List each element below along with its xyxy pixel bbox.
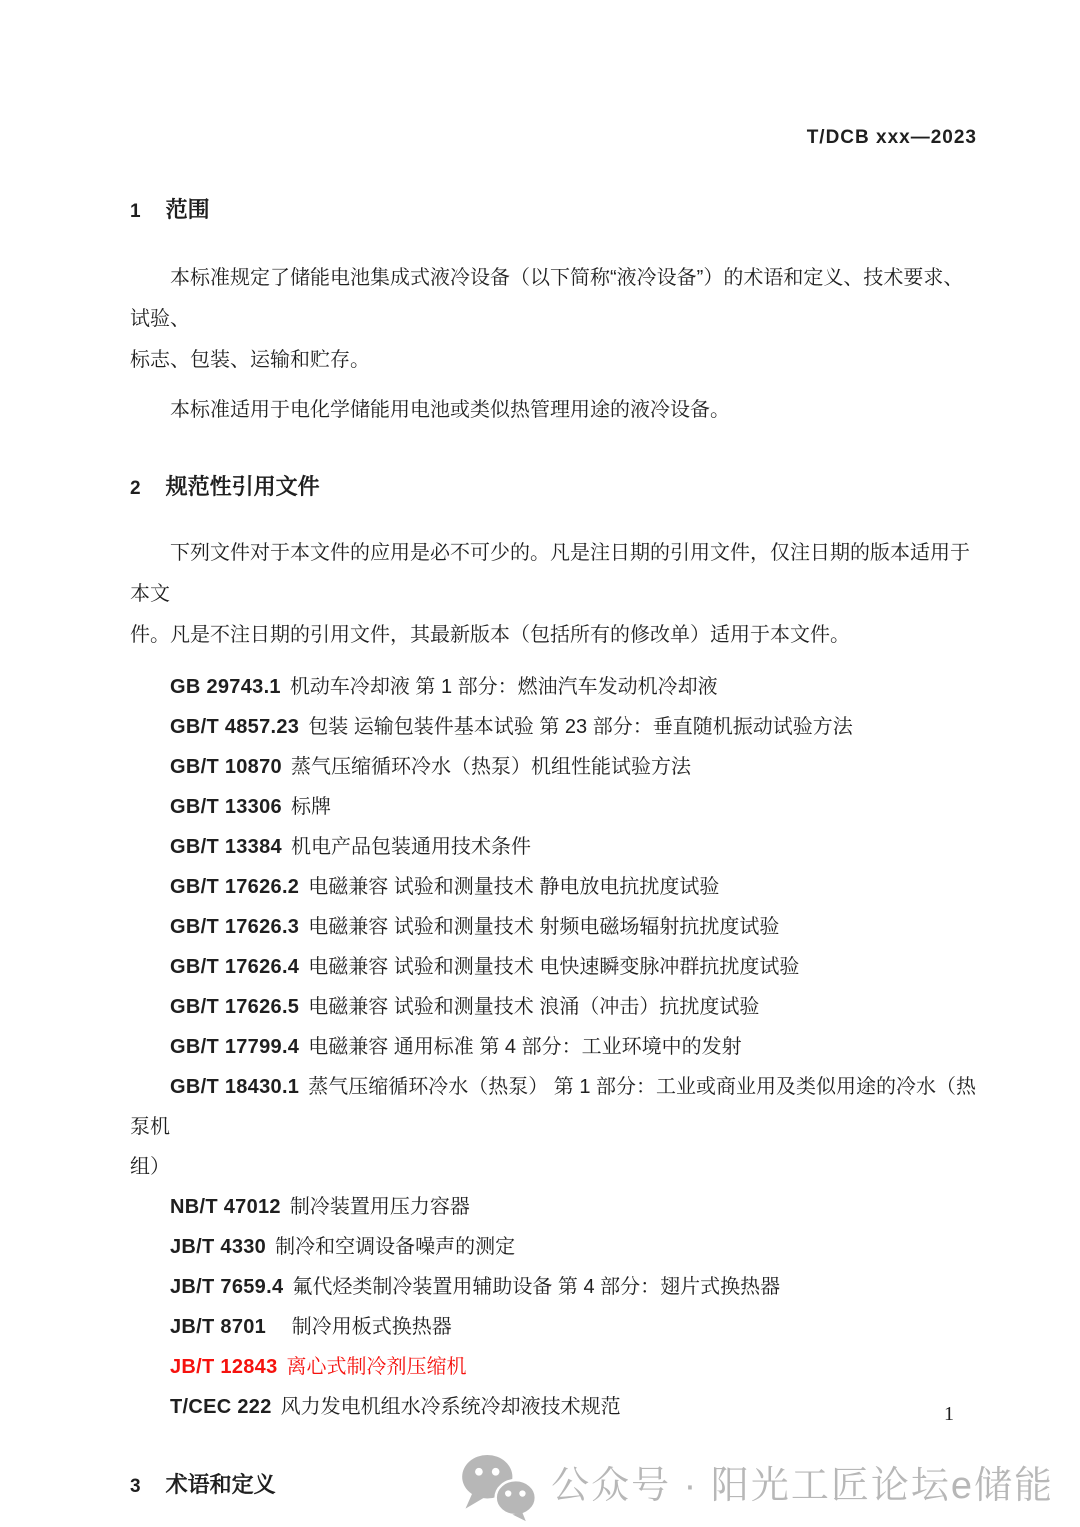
- paragraph: 本标准适用于电化学储能用电池或类似热管理用途的液冷设备。: [130, 390, 980, 431]
- reference-code: T/CEC 222: [170, 1396, 272, 1418]
- reference-code: GB/T 13306: [170, 796, 282, 818]
- reference-title: 电磁兼容 试验和测量技术 浪涌（冲击）抗扰度试验: [308, 996, 759, 1018]
- page-number: 1: [944, 1402, 954, 1426]
- reference-title: 包装 运输包装件基本试验 第 23 部分：垂直随机振动试验方法: [308, 716, 852, 738]
- reference-item: GB/T 13384机电产品包装通用技术条件: [130, 827, 990, 867]
- section-heading-scope: 1范围: [130, 196, 1080, 225]
- paragraph-line: 本标准规定了储能电池集成式液冷设备（以下简称“液冷设备”）的术语和定义、技术要求…: [130, 258, 980, 340]
- reference-title: 制冷装置用压力容器: [290, 1196, 470, 1218]
- reference-item: GB/T 4857.23包装 运输包装件基本试验 第 23 部分：垂直随机振动试…: [130, 707, 990, 747]
- reference-code: JB/T 8701: [170, 1316, 266, 1338]
- reference-code: GB/T 17626.5: [170, 996, 299, 1018]
- reference-title: 风力发电机组水冷系统冷却液技术规范: [281, 1396, 621, 1418]
- reference-item: NB/T 47012制冷装置用压力容器: [130, 1187, 990, 1227]
- paragraph-line: 件。凡是不注日期的引用文件，其最新版本（包括所有的修改单）适用于本文件。: [130, 615, 980, 656]
- section-title: 范围: [166, 197, 210, 222]
- reference-title: 制冷用板式换热器: [275, 1316, 452, 1338]
- reference-item: GB/T 18430.1蒸气压缩循环冷水（热泵） 第 1 部分：工业或商业用及类…: [130, 1067, 990, 1187]
- reference-code: GB/T 13384: [170, 836, 282, 858]
- reference-code: JB/T 12843: [170, 1356, 278, 1378]
- reference-title: 电磁兼容 试验和测量技术 静电放电抗扰度试验: [308, 876, 719, 898]
- reference-code: GB/T 17799.4: [170, 1036, 299, 1058]
- reference-item: GB/T 17626.5电磁兼容 试验和测量技术 浪涌（冲击）抗扰度试验: [130, 987, 990, 1027]
- section-heading-normative-references: 2规范性引用文件: [130, 473, 1080, 502]
- paragraph: 本标准规定了储能电池集成式液冷设备（以下简称“液冷设备”）的术语和定义、技术要求…: [130, 258, 980, 381]
- section-number: 2: [130, 478, 141, 499]
- reference-title: 电磁兼容 通用标准 第 4 部分：工业环境中的发射: [308, 1036, 741, 1058]
- reference-title: 电磁兼容 试验和测量技术 射频电磁场辐射抗扰度试验: [308, 916, 779, 938]
- reference-item: GB/T 17799.4电磁兼容 通用标准 第 4 部分：工业环境中的发射: [130, 1027, 990, 1067]
- reference-title: 机动车冷却液 第 1 部分：燃油汽车发动机冷却液: [290, 676, 718, 698]
- reference-title: 蒸气压缩循环冷水（热泵）机组性能试验方法: [291, 756, 691, 778]
- reference-code: JB/T 4330: [170, 1236, 266, 1258]
- reference-code: GB/T 4857.23: [170, 716, 299, 738]
- reference-title: 标牌: [291, 796, 331, 818]
- reference-code: NB/T 47012: [170, 1196, 281, 1218]
- watermark: 公众号 · 阳光工匠论坛e储能: [457, 1450, 1054, 1522]
- reference-code: GB/T 17626.3: [170, 916, 299, 938]
- reference-code: GB/T 10870: [170, 756, 282, 778]
- reference-item: T/CEC 222风力发电机组水冷系统冷却液技术规范: [130, 1387, 990, 1427]
- reference-title: 氟代烃类制冷装置用辅助设备 第 4 部分：翅片式换热器: [292, 1276, 780, 1298]
- reference-code: GB/T 17626.4: [170, 956, 299, 978]
- wechat-icon: [457, 1450, 541, 1522]
- paragraph-line: 标志、包装、运输和贮存。: [130, 340, 980, 381]
- reference-title: 离心式制冷剂压缩机: [287, 1356, 467, 1378]
- reference-item: JB/T 7659.4氟代烃类制冷装置用辅助设备 第 4 部分：翅片式换热器: [130, 1267, 990, 1307]
- paragraph-line: 下列文件对于本文件的应用是必不可少的。凡是注日期的引用文件，仅注日期的版本适用于…: [130, 533, 980, 615]
- reference-title: 制冷和空调设备噪声的测定: [275, 1236, 515, 1258]
- reference-item-highlighted: JB/T 12843离心式制冷剂压缩机: [130, 1347, 990, 1387]
- paragraph-line: 本标准适用于电化学储能用电池或类似热管理用途的液冷设备。: [130, 390, 980, 431]
- reference-code: GB/T 17626.2: [170, 876, 299, 898]
- reference-item: GB/T 17626.4电磁兼容 试验和测量技术 电快速瞬变脉冲群抗扰度试验: [130, 947, 990, 987]
- section-number: 1: [130, 201, 141, 222]
- reference-item: GB/T 17626.2电磁兼容 试验和测量技术 静电放电抗扰度试验: [130, 867, 990, 907]
- reference-code: GB/T 18430.1: [170, 1076, 299, 1098]
- reference-code: JB/T 7659.4: [170, 1276, 283, 1298]
- reference-item: JB/T 8701 制冷用板式换热器: [130, 1307, 990, 1347]
- section-number: 3: [130, 1476, 141, 1497]
- watermark-text: 公众号 · 阳光工匠论坛e储能: [551, 1450, 1054, 1522]
- reference-code: GB 29743.1: [170, 676, 281, 698]
- section-title: 术语和定义: [166, 1472, 276, 1497]
- reference-item: GB/T 17626.3电磁兼容 试验和测量技术 射频电磁场辐射抗扰度试验: [130, 907, 990, 947]
- reference-title: 电磁兼容 试验和测量技术 电快速瞬变脉冲群抗扰度试验: [308, 956, 799, 978]
- section-title: 规范性引用文件: [166, 474, 320, 499]
- paragraph: 下列文件对于本文件的应用是必不可少的。凡是注日期的引用文件，仅注日期的版本适用于…: [130, 533, 980, 656]
- reference-list: GB 29743.1机动车冷却液 第 1 部分：燃油汽车发动机冷却液 GB/T …: [0, 667, 990, 1427]
- document-code-header: T/DCB xxx—2023: [0, 0, 977, 150]
- reference-title-continuation: 组）: [130, 1147, 990, 1187]
- reference-item: JB/T 4330制冷和空调设备噪声的测定: [130, 1227, 990, 1267]
- reference-title: 机电产品包装通用技术条件: [291, 836, 531, 858]
- reference-item: GB 29743.1机动车冷却液 第 1 部分：燃油汽车发动机冷却液: [130, 667, 990, 707]
- reference-item: GB/T 10870蒸气压缩循环冷水（热泵）机组性能试验方法: [130, 747, 990, 787]
- document-page: T/DCB xxx—2023 1范围 本标准规定了储能电池集成式液冷设备（以下简…: [0, 0, 1080, 1527]
- reference-item: GB/T 13306标牌: [130, 787, 990, 827]
